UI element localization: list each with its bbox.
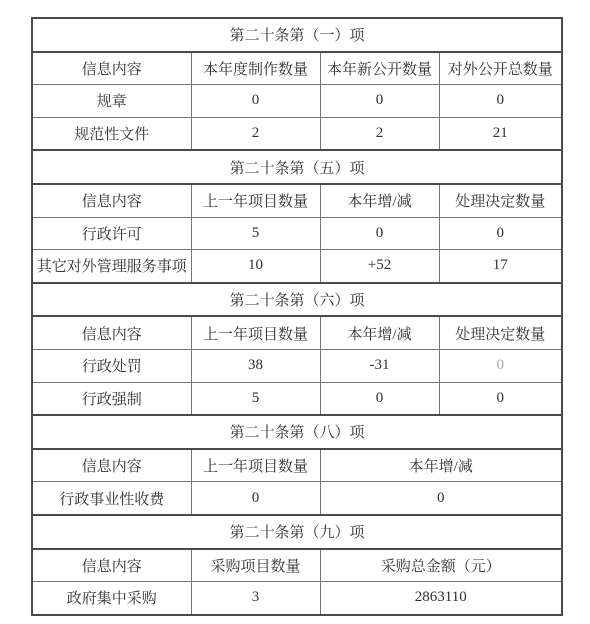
table-row: 规范性文件 2 2 21: [32, 117, 562, 150]
cell-value: 2: [191, 117, 320, 150]
table-row: 信息内容 上一年项目数量 本年增/减 处理决定数量: [32, 184, 562, 217]
table-row: 第二十条第（一）项: [32, 18, 562, 52]
table-row: 行政事业性收费 0 0: [32, 482, 562, 515]
table-row: 行政强制 5 0 0: [32, 382, 562, 415]
cell-value: 17: [439, 250, 562, 283]
column-header: 处理决定数量: [439, 316, 562, 349]
table-row: 其它对外管理服务事项 10 +52 17: [32, 250, 562, 283]
column-header: 本年增/减: [320, 316, 439, 349]
cell-value: 0: [320, 217, 439, 250]
section-title: 第二十条第（九）项: [32, 515, 562, 549]
row-label: 规范性文件: [32, 117, 191, 150]
column-header: 上一年项目数量: [191, 184, 320, 217]
table-row: 信息内容 上一年项目数量 本年增/减 处理决定数量: [32, 316, 562, 349]
cell-value: 21: [439, 117, 562, 150]
row-label: 其它对外管理服务事项: [32, 250, 191, 283]
cell-value: 2863110: [320, 582, 562, 615]
table-row: 第二十条第（九）项: [32, 515, 562, 549]
cell-value: 3: [191, 582, 320, 615]
cell-value: 10: [191, 250, 320, 283]
section-title: 第二十条第（八）项: [32, 415, 562, 449]
column-header: 采购总金额（元）: [320, 549, 562, 582]
column-header: 处理决定数量: [439, 184, 562, 217]
cell-value: 0: [439, 217, 562, 250]
table-row: 信息内容 采购项目数量 采购总金额（元）: [32, 549, 562, 582]
cell-value: 0: [320, 382, 439, 415]
cell-value: 0: [439, 349, 562, 382]
column-header: 本年新公开数量: [320, 52, 439, 85]
column-header: 信息内容: [32, 184, 191, 217]
table-row: 第二十条第（五）项: [32, 150, 562, 184]
cell-value: 38: [191, 349, 320, 382]
row-label: 行政处罚: [32, 349, 191, 382]
cell-value: 0: [191, 482, 320, 515]
section-title: 第二十条第（一）项: [32, 18, 562, 52]
column-header: 对外公开总数量: [439, 52, 562, 85]
table-row: 第二十条第（八）项: [32, 415, 562, 449]
row-label: 规章: [32, 85, 191, 118]
row-label: 行政事业性收费: [32, 482, 191, 515]
section-title: 第二十条第（五）项: [32, 150, 562, 184]
column-header: 本年度制作数量: [191, 52, 320, 85]
table-row: 第二十条第（六）项: [32, 283, 562, 317]
column-header: 信息内容: [32, 549, 191, 582]
column-header: 信息内容: [32, 449, 191, 482]
column-header: 上一年项目数量: [191, 316, 320, 349]
column-header: 采购项目数量: [191, 549, 320, 582]
cell-value: +52: [320, 250, 439, 283]
cell-value: 5: [191, 217, 320, 250]
cell-value: 0: [320, 482, 562, 515]
column-header: 信息内容: [32, 316, 191, 349]
column-header: 信息内容: [32, 52, 191, 85]
cell-value: 0: [320, 85, 439, 118]
column-header: 本年增/减: [320, 184, 439, 217]
cell-value: 5: [191, 382, 320, 415]
report-page: 第二十条第（一）项 信息内容 本年度制作数量 本年新公开数量 对外公开总数量 规…: [0, 0, 590, 624]
cell-value: 2: [320, 117, 439, 150]
row-label: 政府集中采购: [32, 582, 191, 615]
column-header: 上一年项目数量: [191, 449, 320, 482]
table-row: 信息内容 本年度制作数量 本年新公开数量 对外公开总数量: [32, 52, 562, 85]
row-label: 行政许可: [32, 217, 191, 250]
cell-value: 0: [439, 85, 562, 118]
table-row: 政府集中采购 3 2863110: [32, 582, 562, 615]
table-row: 信息内容 上一年项目数量 本年增/减: [32, 449, 562, 482]
table-row: 行政许可 5 0 0: [32, 217, 562, 250]
statistics-table: 第二十条第（一）项 信息内容 本年度制作数量 本年新公开数量 对外公开总数量 规…: [31, 17, 563, 616]
column-header: 本年增/减: [320, 449, 562, 482]
table-row: 行政处罚 38 -31 0: [32, 349, 562, 382]
cell-value: -31: [320, 349, 439, 382]
cell-value: 0: [191, 85, 320, 118]
section-title: 第二十条第（六）项: [32, 283, 562, 317]
row-label: 行政强制: [32, 382, 191, 415]
table-row: 规章 0 0 0: [32, 85, 562, 118]
cell-value: 0: [439, 382, 562, 415]
